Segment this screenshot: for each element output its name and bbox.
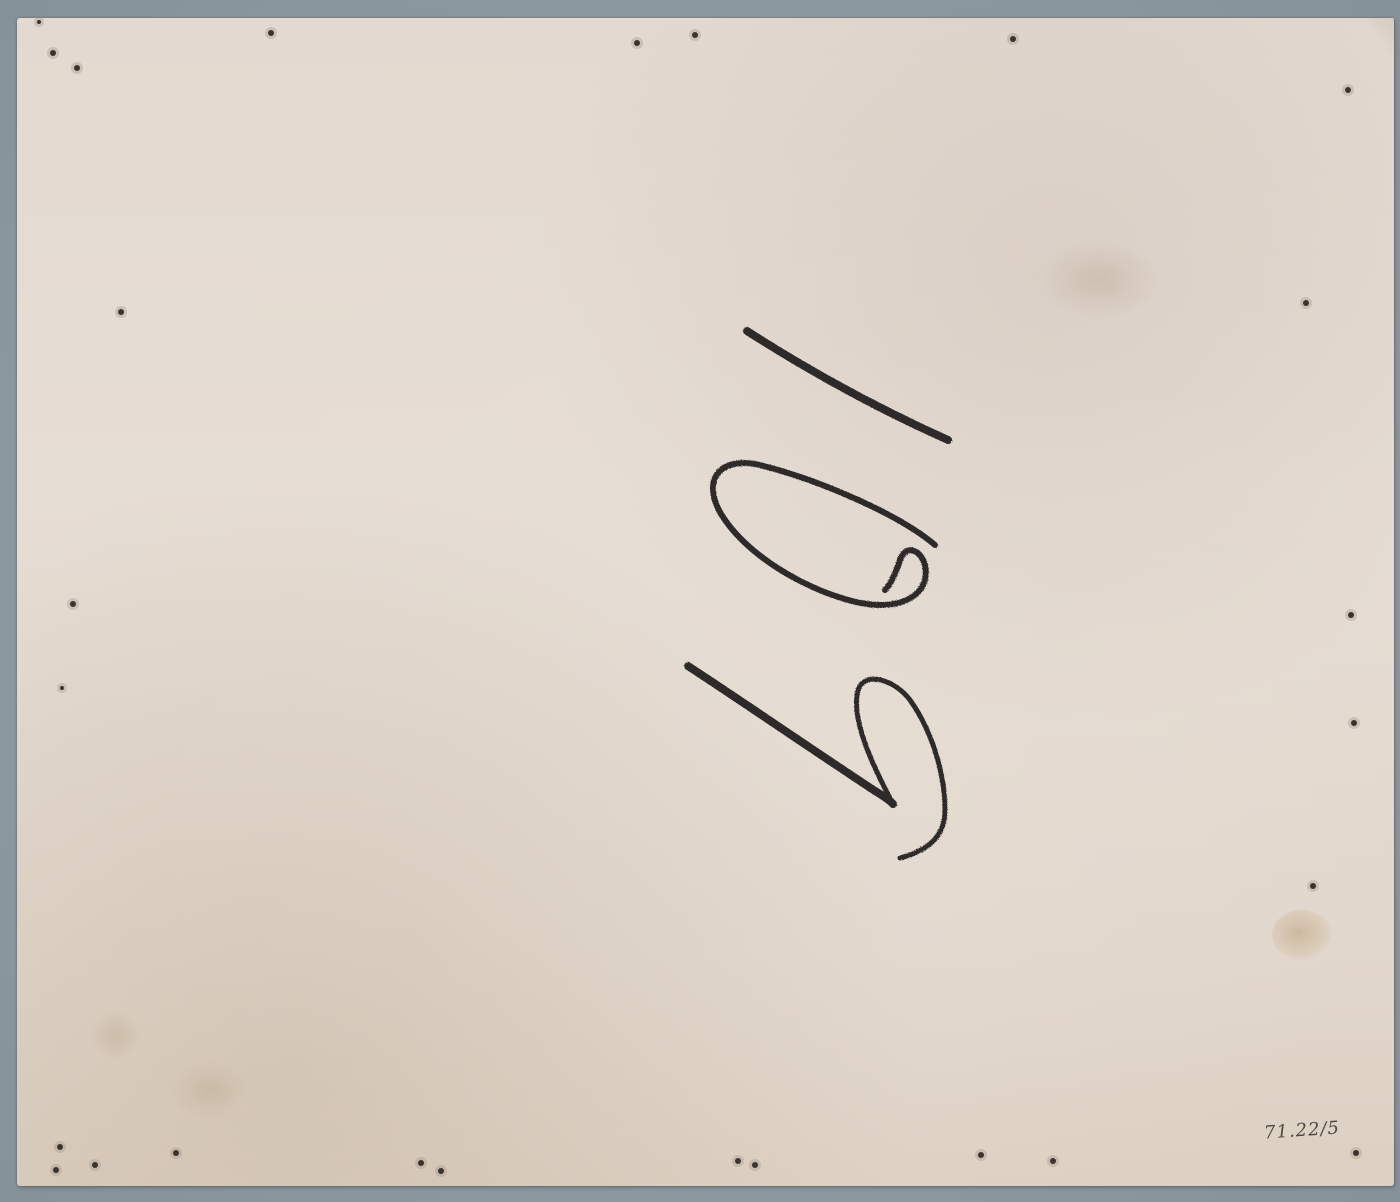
digit-1-stroke (747, 331, 948, 440)
digit-0-stroke (713, 463, 935, 605)
digit-9-loop (856, 679, 945, 858)
crayon-number-109 (0, 0, 1400, 1202)
